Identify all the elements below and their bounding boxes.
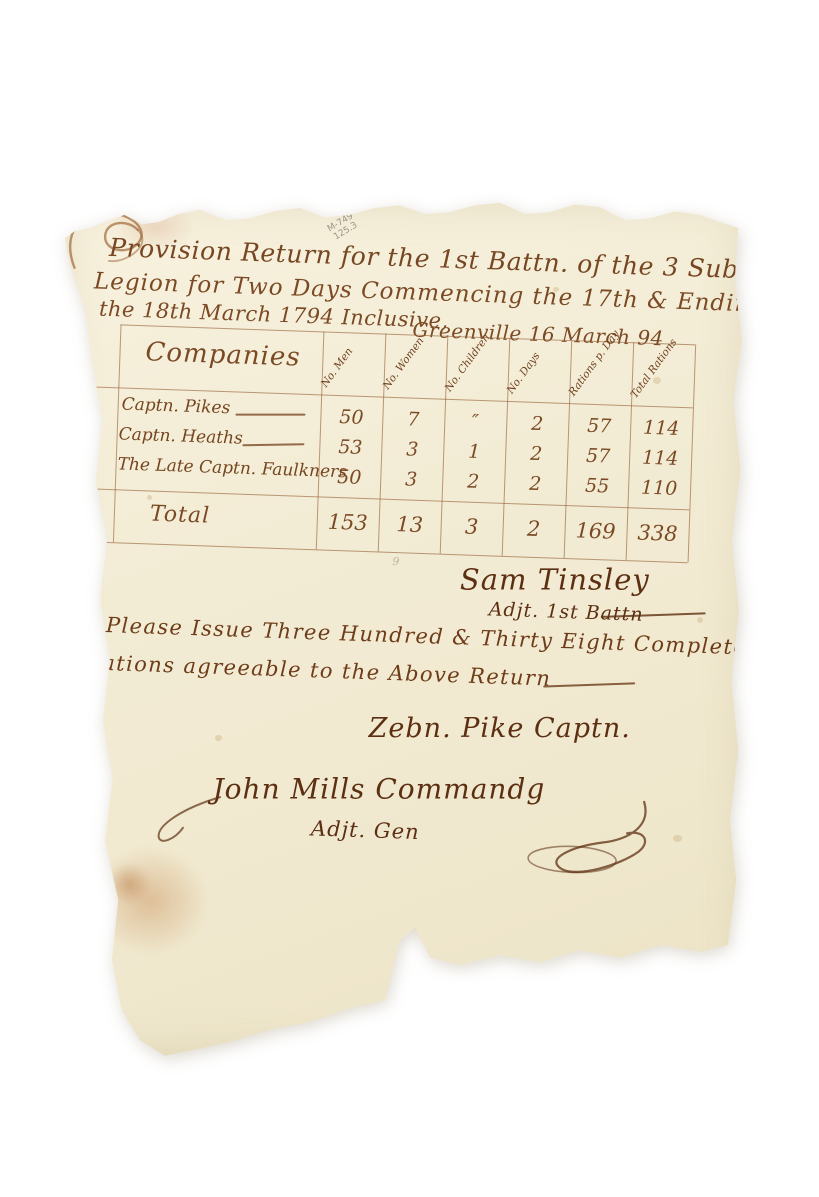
table-cell: 53 — [319, 435, 382, 459]
table-cell: 57 — [568, 414, 631, 438]
total-cell: 2 — [502, 516, 565, 542]
total-cell: 338 — [626, 520, 689, 546]
total-cell: 13 — [378, 512, 441, 538]
column-header-days: No. Days — [505, 350, 543, 396]
table-cell: 57 — [567, 444, 630, 468]
column-header-women: No. Women — [381, 335, 427, 392]
table-row-company: The Late Captn. Faulkners — [117, 454, 347, 482]
total-cell: 153 — [316, 509, 379, 535]
total-cell: 169 — [564, 518, 627, 544]
table-cell: 55 — [566, 474, 629, 498]
table-cell: 114 — [630, 416, 693, 440]
table-row-company: Captn. Pikes — [121, 394, 230, 418]
document-paper: M-749 125.3 Provision Return for the 1st… — [55, 195, 750, 1060]
provision-table: Companies No. Men No. Women No. Children… — [113, 324, 695, 562]
request-line-2: Rations agreeable to the Above Return — [84, 650, 551, 690]
table-cell: 110 — [628, 476, 691, 500]
archival-pencil-annotation: M-749 125.3 — [326, 211, 360, 243]
request-dash-flourish — [543, 682, 635, 687]
adjutant-signature: Sam Tinsley — [460, 563, 650, 597]
commander-title: Adjt. Gen — [311, 816, 420, 844]
request-line-1: Please Issue Three Hundred & Thirty Eigh… — [106, 613, 748, 659]
table-cell: 2 — [504, 472, 567, 496]
scanned-document-page: M-749 125.3 Provision Return for the 1st… — [0, 0, 819, 1197]
table-cell: 2 — [506, 412, 569, 436]
table-cell: 50 — [320, 405, 383, 429]
table-cell: 2 — [505, 442, 568, 466]
table-cell: 1 — [443, 440, 506, 464]
table-row-company: Captn. Heaths — [118, 424, 243, 448]
signature-flourish-icon — [451, 789, 654, 886]
table-cell: 3 — [381, 438, 444, 462]
table-cell: 2 — [442, 470, 505, 494]
row-dash-flourish — [242, 443, 304, 446]
page-mark: 9 — [392, 555, 399, 568]
column-header-men: No. Men — [319, 346, 356, 390]
document-content: M-749 125.3 Provision Return for the 1st… — [25, 195, 750, 1084]
total-cell: 3 — [440, 514, 503, 540]
adjutant-title: Adjt. 1st Battn — [488, 598, 643, 625]
table-cell: ″ — [444, 410, 507, 434]
table-cell: 50 — [318, 465, 381, 489]
column-header-children: No. Children — [443, 332, 493, 394]
table-cell: 7 — [382, 408, 445, 432]
companies-header: Companies — [145, 337, 301, 372]
row-dash-flourish — [235, 414, 305, 416]
table-cell: 3 — [380, 468, 443, 492]
captain-signature: Zebn. Pike Captn. — [369, 713, 631, 744]
total-label: Total — [149, 502, 210, 529]
torn-paper-sheet: M-749 125.3 Provision Return for the 1st… — [55, 195, 750, 1060]
table-rule-bottom — [85, 541, 688, 563]
column-header-total-rations: Total Rations — [628, 337, 679, 401]
table-cell: 114 — [629, 446, 692, 470]
